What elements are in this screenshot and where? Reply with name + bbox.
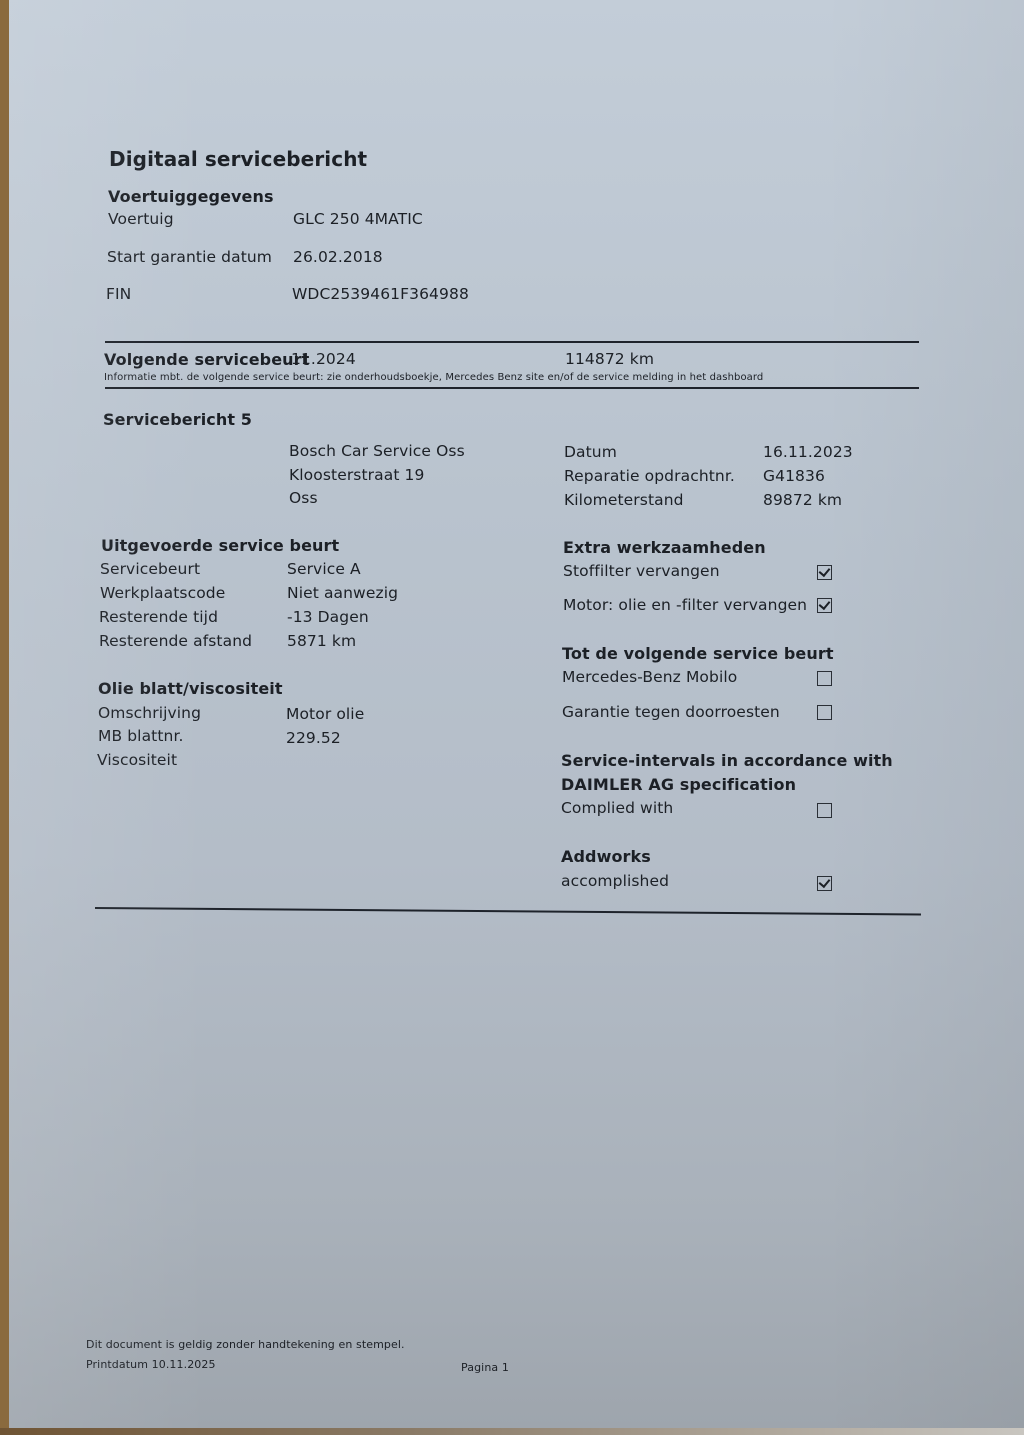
service-type-value: Service A <box>287 560 361 578</box>
intervals-heading-line2: DAIMLER AG specification <box>561 775 796 794</box>
next-service-date: 11.2024 <box>291 350 356 368</box>
viscosity-label: Viscositeit <box>97 751 177 769</box>
checkbox-oil-filter[interactable] <box>817 598 832 613</box>
service-report-heading: Servicebericht 5 <box>103 410 252 429</box>
checkbox-complied-with[interactable] <box>817 803 832 818</box>
fin-value: WDC2539461F364988 <box>292 285 469 303</box>
checkbox-rust-warranty[interactable] <box>817 705 832 720</box>
odometer-value: 89872 km <box>763 491 842 509</box>
date-value: 16.11.2023 <box>763 443 853 461</box>
oil-heading: Olie blatt/viscositeit <box>98 679 283 698</box>
addworks-heading: Addworks <box>561 847 651 866</box>
next-service-label: Volgende servicebeurt <box>104 350 309 369</box>
extra-work-heading: Extra werkzaamheden <box>563 538 766 557</box>
divider <box>95 907 921 915</box>
until-next-heading: Tot de volgende service beurt <box>562 644 834 663</box>
checkbox-cabin-filter[interactable] <box>817 565 832 580</box>
print-date: Printdatum 10.11.2025 <box>86 1358 216 1371</box>
repair-order-label: Reparatie opdrachtnr. <box>564 467 735 485</box>
next-service-info: Informatie mbt. de volgende service beur… <box>104 372 763 383</box>
date-label: Datum <box>564 443 617 461</box>
remaining-distance-label: Resterende afstand <box>99 632 252 650</box>
page-number: Pagina 1 <box>461 1361 509 1374</box>
addworks-item-label: accomplished <box>561 872 669 890</box>
vehicle-heading: Voertuiggegevens <box>108 187 274 206</box>
remaining-time-label: Resterende tijd <box>99 608 218 626</box>
workshop-code-value: Niet aanwezig <box>287 584 398 602</box>
divider <box>105 341 919 343</box>
mb-sheet-label: MB blattnr. <box>98 727 184 745</box>
extra-work-item-label: Motor: olie en -filter vervangen <box>563 596 807 614</box>
divider <box>105 387 919 389</box>
validity-note: Dit document is geldig zonder handtekeni… <box>86 1338 405 1351</box>
service-type-label: Servicebeurt <box>100 560 200 578</box>
checkbox-accomplished[interactable] <box>817 876 832 891</box>
fin-label: FIN <box>106 285 131 303</box>
warranty-start-label: Start garantie datum <box>107 248 272 266</box>
table-surface <box>0 1428 1024 1435</box>
mb-sheet-value: 229.52 <box>286 729 341 747</box>
extra-work-item-label: Stoffilter vervangen <box>563 562 720 580</box>
remaining-distance-value: 5871 km <box>287 632 356 650</box>
warranty-start-value: 26.02.2018 <box>293 248 383 266</box>
remaining-time-value: -13 Dagen <box>287 608 369 626</box>
performed-service-heading: Uitgevoerde service beurt <box>101 536 339 555</box>
vehicle-label: Voertuig <box>108 210 174 228</box>
document-page: Digitaal servicebericht Voertuiggegevens… <box>9 0 1024 1428</box>
document-title: Digitaal servicebericht <box>109 147 367 171</box>
vehicle-value: GLC 250 4MATIC <box>293 210 423 228</box>
checkbox-mobilo[interactable] <box>817 671 832 686</box>
workshop-street: Kloosterstraat 19 <box>289 466 424 484</box>
next-service-mileage: 114872 km <box>565 350 654 368</box>
odometer-label: Kilometerstand <box>564 491 684 509</box>
repair-order-value: G41836 <box>763 467 825 485</box>
until-next-item-label: Mercedes-Benz Mobilo <box>562 668 737 686</box>
oil-description-value: Motor olie <box>286 705 364 723</box>
intervals-item-label: Complied with <box>561 799 673 817</box>
workshop-code-label: Werkplaatscode <box>100 584 225 602</box>
oil-description-label: Omschrijving <box>98 704 201 722</box>
workshop-city: Oss <box>289 489 318 507</box>
workshop-name: Bosch Car Service Oss <box>289 442 465 460</box>
intervals-heading-line1: Service-intervals in accordance with <box>561 751 893 770</box>
until-next-item-label: Garantie tegen doorroesten <box>562 703 780 721</box>
